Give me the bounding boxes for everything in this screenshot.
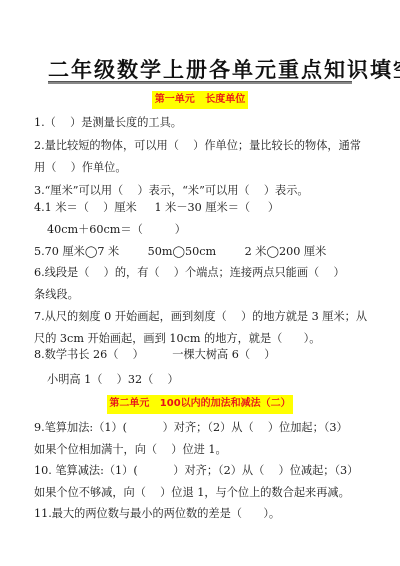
question-7-line-1: 7.从尺的刻度 0 开始画起，画到刻度（ ）的地方就是 3 厘米；从 [34, 309, 367, 325]
question-6-line-1: 6.线段是（ ）的，有（ ）个端点；连接两点只能画（ ） [34, 265, 345, 281]
title-underline [48, 81, 352, 84]
question-2-line-2: 用（ ）作单位。 [34, 160, 127, 176]
question-9-line-1: 9.笔算加法:（1）( ）对齐；（2）从（ ）位加起；（3） [34, 420, 348, 436]
question-11: 11.最大的两位数与最小的两位数的差是（ ）。 [34, 506, 280, 522]
question-9-line-2: 如果个位相加满十，向（ ）位进 1。 [34, 442, 227, 458]
question-7-line-2: 尺的 3cm 开始画起，画到 10cm 的地方，就是（ ）。 [34, 331, 320, 347]
question-2-line-1: 2.量比较短的物体，可以用（ ）作单位；量比较长的物体，通常 [34, 138, 361, 154]
question-1: 1.（ ）是测量长度的工具。 [34, 115, 182, 131]
question-10-line-1: 10. 笔算减法:（1）( ）对齐；（2）从（ ）位减起；（3） [34, 463, 358, 479]
page-title: 二年级数学上册各单元重点知识填空 [48, 58, 352, 82]
unit-1-banner: 第一单元 长度单位 [152, 91, 248, 109]
question-10-line-2: 如果个位不够减，向（ ）位退 1，与个位上的数合起来再减。 [34, 485, 350, 501]
question-8-line-1: 8.数学书长 26（ ） 一棵大树高 6（ ） [34, 347, 275, 363]
question-5: 5.70 厘米◯7 米 50m◯50cm 2 米◯200 厘米 [34, 244, 326, 260]
question-8-line-2: 小明高 1（ ）32（ ） [47, 372, 179, 388]
question-4-line-2: 40cm＋60cm＝（ ） [47, 222, 186, 238]
question-4-line-1: 4.1 米＝（ ）厘米 1 米－30 厘米＝（ ） [34, 200, 279, 216]
unit-2-banner: 第二单元 100以内的加法和减法（二） [107, 395, 293, 414]
question-6-line-2: 条线段。 [34, 287, 79, 303]
worksheet-page: 二年级数学上册各单元重点知识填空 第一单元 长度单位 1.（ ）是测量长度的工具… [0, 0, 400, 566]
question-3: 3.“厘米”可以用（ ）表示，“米”可以用（ ）表示。 [34, 183, 309, 199]
